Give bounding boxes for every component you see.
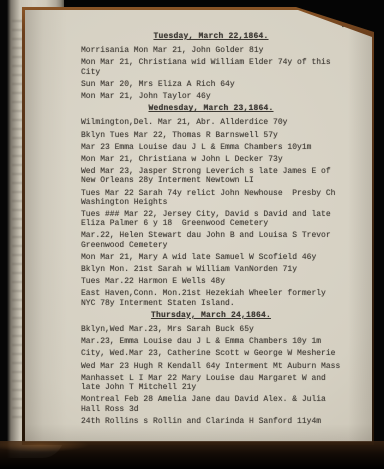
date-header: Wednesday, March 23,1864. [81, 104, 341, 113]
death-record-entry: Bklyn Mon. 21st Sarah w William VanNorde… [81, 265, 341, 274]
death-record-entry: Mon Mar 21, John Taylor 46y [81, 92, 341, 101]
record-sections: Tuesday, March 22,1864.Morrisania Mon Ma… [81, 32, 365, 426]
day-section: Tuesday, March 22,1864.Morrisania Mon Ma… [81, 32, 365, 101]
death-record-entry: Manhasset L I Mar 22 Mary Louise dau Mar… [81, 374, 341, 392]
death-record-entry: Mon Mar 21, Christiana w John L Decker 7… [81, 155, 341, 164]
death-record-entry: Mar.23, Emma Louise dau J L & Emma Chamb… [81, 337, 341, 346]
death-record-entry: East Haven,Conn. Mon.21st Hezekiah Wheel… [81, 289, 341, 307]
date-header: Tuesday, March 22,1864. [81, 32, 341, 41]
death-record-entry: Wed Mar 23 Hugh R Kendall 64y Interment … [81, 362, 341, 371]
scanned-page: 70. Tuesday, March 22,1864.Morrisania Mo… [25, 10, 372, 442]
death-record-entry: Wed Mar 23, Jasper Strong Leverich s lat… [81, 167, 341, 185]
death-record-entry: Mon Mar 21, Mary A wid late Samuel W Sco… [81, 253, 341, 262]
date-header: Thursday, March 24,1864. [81, 311, 341, 320]
death-record-entry: Tues Mar.22 Harmon E Wells 48y [81, 277, 341, 286]
death-record-entry: Mar 23 Emma Louise dau J L & Emma Chambe… [81, 143, 341, 152]
death-record-entry: Mon Mar 21, Christiana wid William Elder… [81, 58, 341, 76]
day-section: Thursday, March 24,1864.Bklyn,Wed Mar.23… [81, 311, 365, 426]
death-record-entry: Bklyn,Wed Mar.23, Mrs Sarah Buck 65y [81, 325, 341, 334]
death-record-entry: Tues ### Mar 22, Jersey City, David s Da… [81, 210, 341, 228]
death-record-entry: Wilmington,Del. Mar 21, Abr. Allderdice … [81, 118, 341, 127]
death-record-entry: City, Wed.Mar 23, Catherine Scott w Geor… [81, 349, 341, 358]
death-record-entry: Tues Mar 22 Sarah 74y relict John Newhou… [81, 189, 341, 207]
book-bottom-edge [0, 441, 384, 469]
death-record-entry: Sun Mar 20, Mrs Eliza A Rich 64y [81, 80, 341, 89]
death-record-entry: Morrisania Mon Mar 21, John Golder 81y [81, 46, 341, 55]
death-record-entry: Montreal Feb 28 Amelia Jane dau David Al… [81, 395, 341, 413]
page-number: 70. [81, 20, 365, 30]
death-record-entry: Mar.22, Helen Stewart dau John B and Lou… [81, 231, 341, 249]
day-section: Wednesday, March 23,1864.Wilmington,Del.… [81, 104, 365, 308]
page-content: 70. Tuesday, March 22,1864.Morrisania Mo… [81, 20, 365, 429]
death-record-entry: 24th Rollins s Rollin and Clarinda H San… [81, 417, 341, 426]
death-record-entry: Bklyn Tues Mar 22, Thomas R Barnswell 57… [81, 131, 341, 140]
